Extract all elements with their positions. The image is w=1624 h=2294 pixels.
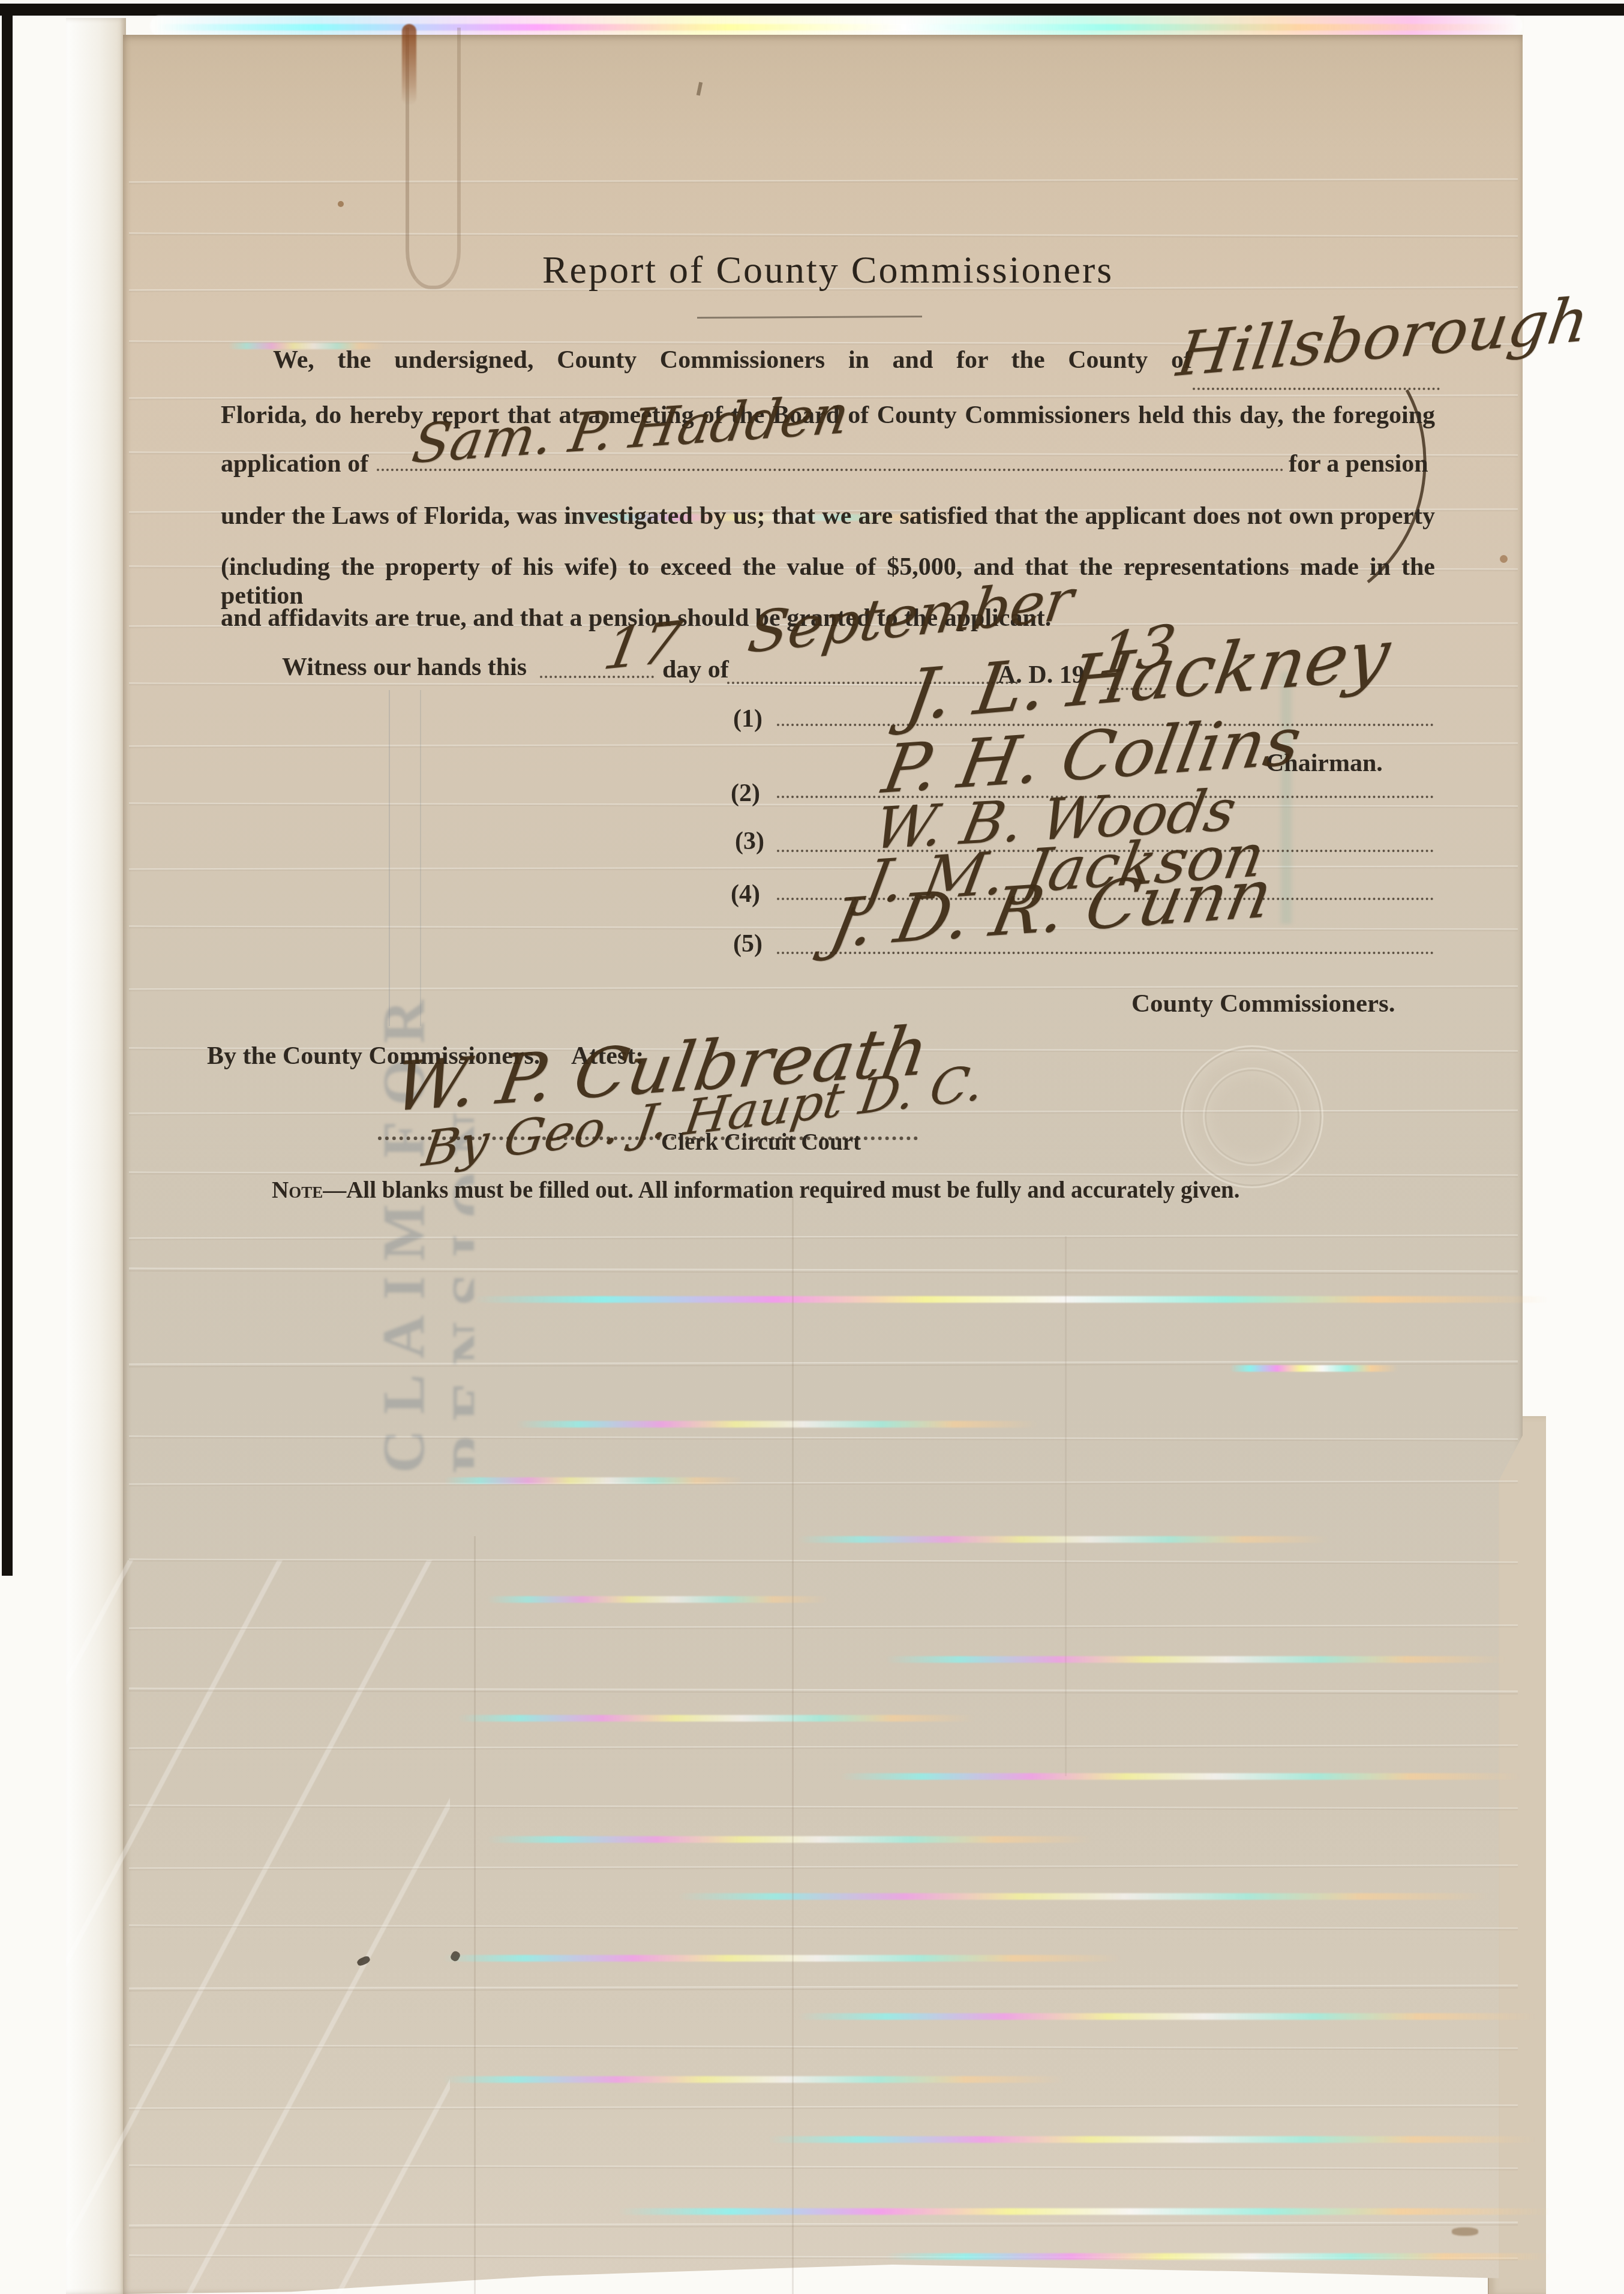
iridescent-streak xyxy=(885,2253,1550,2260)
iridescent-streak xyxy=(487,1836,1092,1843)
iridescent-streak xyxy=(444,1477,744,1484)
paragraph-line-4: under the Laws of Florida, was investiga… xyxy=(221,502,1435,530)
scanner-frame-left xyxy=(2,4,13,1576)
iridescent-streak xyxy=(487,1596,828,1603)
note-prefix: Note xyxy=(272,1177,323,1203)
iridescent-streak xyxy=(798,1536,1329,1543)
iridescent-streak xyxy=(678,1893,1491,1900)
bleedthrough-rule-line xyxy=(420,690,421,1026)
paragraph-line-1: We, the undersigned, County Commissioner… xyxy=(273,346,1192,374)
sig-num-5: (5) xyxy=(733,929,763,958)
note-rest: —All blanks must be filled out. All info… xyxy=(323,1177,1239,1203)
applicant-blank-line xyxy=(377,469,1284,471)
iridescent-streak xyxy=(1230,1365,1398,1372)
rust-stain xyxy=(402,24,416,105)
sig-num-4: (4) xyxy=(731,880,760,908)
day-of-label: day of xyxy=(662,655,729,684)
iridescent-streak xyxy=(156,24,1518,31)
bleedthrough-rule-line xyxy=(389,690,390,1026)
speck xyxy=(1452,2227,1478,2236)
sig-num-1: (1) xyxy=(733,704,763,733)
iridescent-streak xyxy=(885,1656,1506,1663)
vertical-crease xyxy=(792,1194,794,2294)
vertical-crease xyxy=(1065,1236,1067,1776)
iridescent-streak xyxy=(443,1955,1122,1962)
document-title: Report of County Commissioners xyxy=(528,248,1128,292)
iridescent-streak xyxy=(618,2208,1551,2215)
sig-num-3: (3) xyxy=(735,827,764,856)
iridescent-streak xyxy=(768,2136,1536,2143)
county-commissioners-label: County Commissioners. xyxy=(1131,989,1395,1018)
scanner-frame-top xyxy=(0,4,1624,16)
iridescent-streak xyxy=(458,1715,975,1722)
speck xyxy=(1500,555,1508,563)
iridescent-streak xyxy=(798,2013,1536,2020)
sig-num-2: (2) xyxy=(731,779,760,808)
scanned-document: { "doc": { "title": "Report of County Co… xyxy=(0,0,1624,2294)
for-a-pension-label: for a pension xyxy=(1289,449,1428,478)
vertical-crease xyxy=(474,1536,476,2294)
iridescent-streak xyxy=(840,1773,1521,1780)
embossed-seal-inner xyxy=(1203,1067,1301,1166)
iridescent-streak xyxy=(443,2076,1065,2083)
speck xyxy=(338,201,344,207)
iridescent-streak xyxy=(516,1421,1038,1428)
iridescent-streak xyxy=(474,1296,1548,1303)
note-line: Note—All blanks must be filled out. All … xyxy=(272,1177,1240,1204)
application-of-label: application of xyxy=(221,449,368,478)
witness-prefix: Witness our hands this xyxy=(282,653,527,682)
